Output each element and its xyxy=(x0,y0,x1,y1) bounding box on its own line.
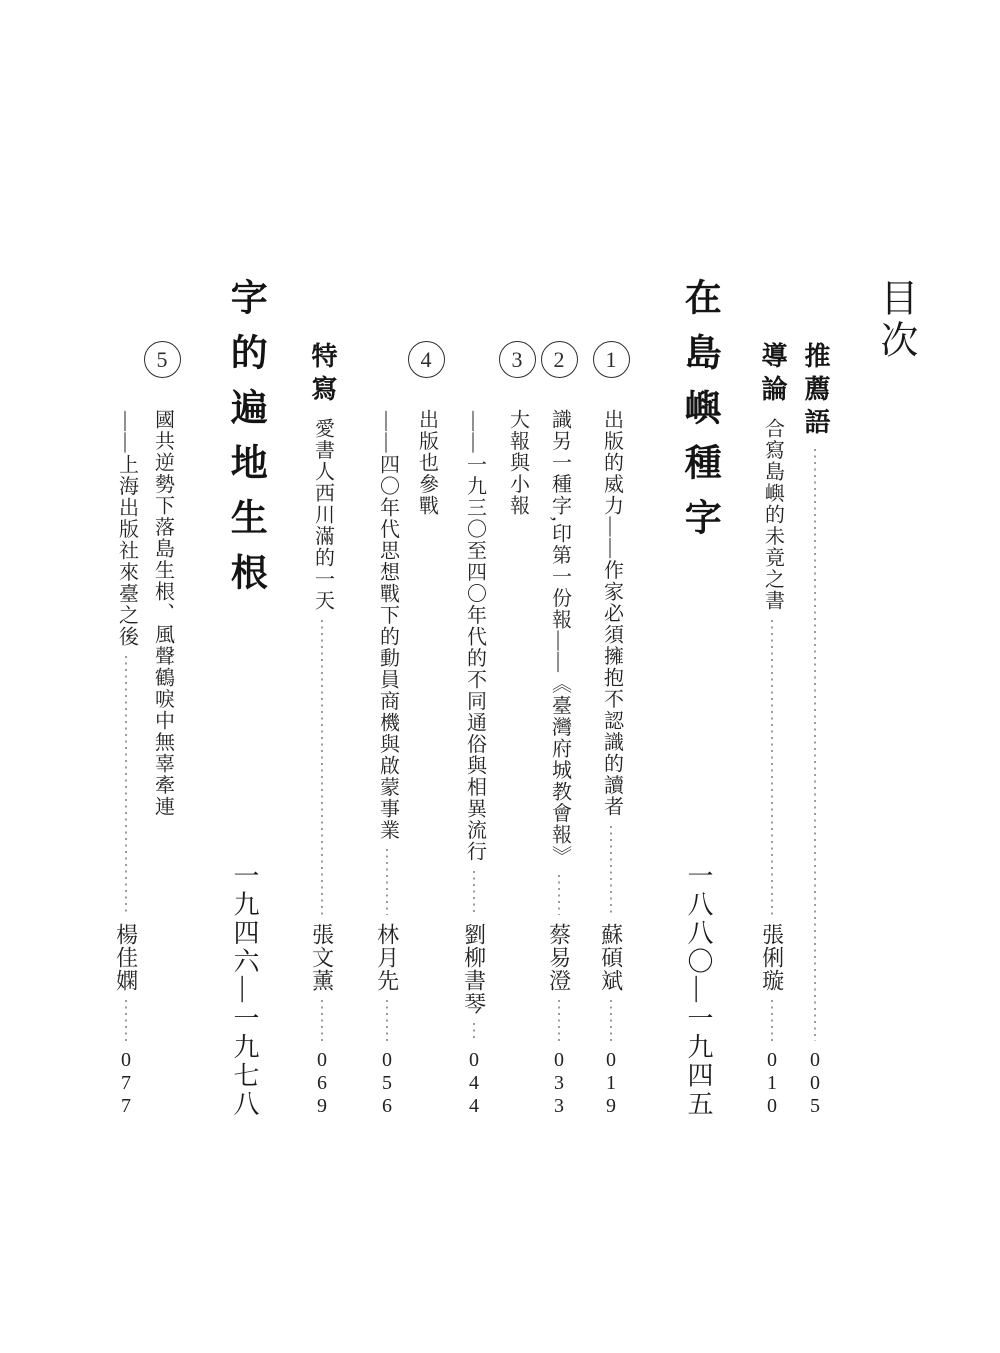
page-number: 056 xyxy=(376,1049,398,1118)
author-name: 蔡易澄 xyxy=(546,923,571,992)
dotted-leader xyxy=(610,1000,612,1041)
chapter-4-title-line: 4 出版也參戰 xyxy=(411,278,441,1118)
chapter-number-badge: 2 xyxy=(541,341,578,378)
author-name: 張文薰 xyxy=(309,923,334,992)
author-name: 張俐璇 xyxy=(759,923,784,992)
chapter-title: 出版也參戰 xyxy=(415,409,438,517)
author-slot: 張文薰 xyxy=(309,923,334,1049)
page-title: 目次 xyxy=(872,278,916,362)
author-name: 劉柳書琴 xyxy=(461,923,486,1015)
dotted-leader xyxy=(814,449,816,1041)
chapter-number-badge: 3 xyxy=(499,341,536,378)
chapter-number: 1 xyxy=(606,347,617,372)
entry-recommendations: 推薦語 005 xyxy=(800,278,830,1118)
chapter-number: 3 xyxy=(512,347,523,372)
chapter-3-title-line: 3 大報與小報 xyxy=(502,278,532,1118)
chapter-title: 出版的威力——作家必須擁抱不認識的讀者 xyxy=(600,409,623,818)
entry-label: 特寫 xyxy=(307,342,337,408)
toc-title-column: 目次 xyxy=(871,278,917,1118)
page-number: 019 xyxy=(600,1049,622,1118)
chapter-title: 識另一種字,印第一份報——《臺灣府城教會報》 xyxy=(548,409,571,867)
chapter-number-badge: 4 xyxy=(408,341,445,378)
page-number: 010 xyxy=(761,1049,783,1118)
chapter-2: 2 識另一種字,印第一份報——《臺灣府城教會報》 蔡易澄 033 xyxy=(544,278,574,1118)
dotted-leader xyxy=(473,871,475,916)
chapter-5-title-line: 5 國共逆勢下落島生根、風聲鶴唳中無辜牽連 xyxy=(147,278,177,1118)
chapter-4-subtitle-line: ——四〇年代思想戰下的動員商機與啟蒙事業 林月先 056 xyxy=(372,278,402,1118)
dotted-leader xyxy=(125,656,127,916)
section-title: 字的遍地生根 xyxy=(223,278,266,608)
dotted-leader xyxy=(558,1000,560,1041)
author-slot: 林月先 xyxy=(374,923,399,1049)
section-years: 一九四六—一九七八 xyxy=(229,862,259,1119)
chapter-5-subtitle-line: ——上海出版社來臺之後 楊佳嫻 077 xyxy=(111,278,141,1118)
chapter-subtitle: ——上海出版社來臺之後 xyxy=(115,411,138,648)
toc-content: 目次 推薦語 005 導論 合寫島嶼的未竟之書 張俐璇 010 在島嶼種字 xyxy=(111,278,917,1118)
author-name: 蘇碩斌 xyxy=(598,923,623,992)
page-number: 069 xyxy=(311,1049,333,1118)
entry-title: 合寫島嶼的未竟之書 xyxy=(761,418,784,612)
chapter-3-subtitle-line: ——一九三〇至四〇年代的不同通俗與相異流行 劉柳書琴 044 xyxy=(459,278,489,1118)
author-slot: 蔡易澄 xyxy=(546,923,571,1049)
entry-introduction: 導論 合寫島嶼的未竟之書 張俐璇 010 xyxy=(757,278,787,1118)
author-slot: 蘇碩斌 xyxy=(598,923,623,1049)
section-2-header: 字的遍地生根 一九四六—一九七八 xyxy=(225,278,263,1118)
author-slot: 楊佳嫻 xyxy=(113,923,138,1049)
chapter-subtitle: ——四〇年代思想戰下的動員商機與啟蒙事業 xyxy=(376,411,399,841)
dotted-leader xyxy=(386,1000,388,1041)
dotted-leader xyxy=(473,1023,475,1041)
dotted-leader xyxy=(771,620,773,916)
dotted-leader xyxy=(125,1000,127,1041)
section-title: 在島嶼種字 xyxy=(677,278,720,553)
dotted-leader xyxy=(558,875,560,915)
page-number: 005 xyxy=(804,1049,826,1118)
author-name: 林月先 xyxy=(374,923,399,992)
entry-label: 導論 xyxy=(757,342,787,408)
book-toc-page: 目次 推薦語 005 導論 合寫島嶼的未竟之書 張俐璇 010 在島嶼種字 xyxy=(0,0,1000,1353)
author-name: 楊佳嫻 xyxy=(113,923,138,992)
feature-entry: 特寫 愛書人西川滿的一天 張文薰 069 xyxy=(307,278,337,1118)
chapter-number: 2 xyxy=(554,347,565,372)
chapter-subtitle: ——一九三〇至四〇年代的不同通俗與相異流行 xyxy=(463,411,486,863)
dotted-leader xyxy=(321,620,323,916)
dotted-leader xyxy=(386,849,388,915)
chapter-title: 國共逆勢下落島生根、風聲鶴唳中無辜牽連 xyxy=(151,409,174,818)
author-slot: 張俐璇 xyxy=(759,923,784,1049)
page-number: 033 xyxy=(548,1049,570,1118)
page-number: 044 xyxy=(463,1049,485,1118)
chapter-number-badge: 1 xyxy=(593,341,630,378)
dotted-leader xyxy=(610,826,612,916)
page-number: 077 xyxy=(115,1049,137,1118)
entry-label: 推薦語 xyxy=(800,342,830,441)
chapter-number: 5 xyxy=(157,347,168,372)
entry-title: 愛書人西川滿的一天 xyxy=(311,418,334,612)
author-slot: 劉柳書琴 xyxy=(461,923,486,1049)
section-years: 一八八〇—一九四五 xyxy=(683,862,713,1119)
chapter-number: 4 xyxy=(421,347,432,372)
chapter-1: 1 出版的威力——作家必須擁抱不認識的讀者 蘇碩斌 019 xyxy=(596,278,626,1118)
dotted-leader xyxy=(321,1000,323,1041)
chapter-number-badge: 5 xyxy=(144,341,181,378)
chapter-title: 大報與小報 xyxy=(506,409,529,517)
dotted-leader xyxy=(771,1000,773,1041)
section-1-header: 在島嶼種字 一八八〇—一九四五 xyxy=(679,278,717,1118)
